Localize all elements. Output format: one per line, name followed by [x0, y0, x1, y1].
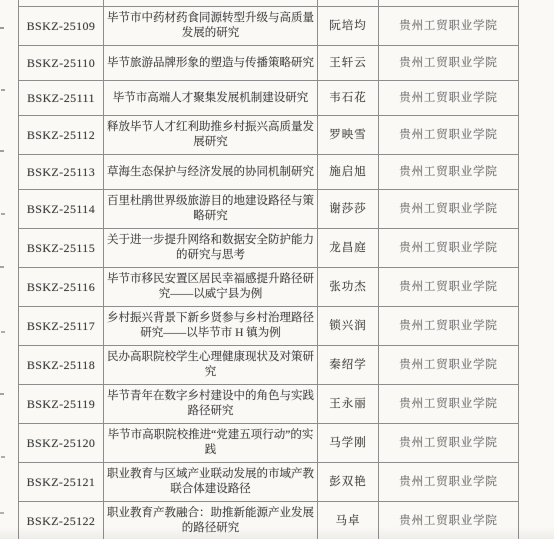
institution-cell: 贵州工贸职业学院 — [379, 268, 519, 307]
leader-name: 阮培均 — [329, 20, 367, 32]
leader-name: 王轩云 — [329, 57, 367, 69]
leader-name-cell: 阮培均 — [318, 7, 379, 46]
project-title-cell: 毕节市高端人才聚集发展机制建设研究 — [104, 81, 318, 116]
institution-cell: 贵州工贸职业学院 — [379, 424, 519, 463]
leader-name: 韦石花 — [329, 92, 367, 104]
leader-name-cell: 王永丽 — [318, 385, 379, 424]
project-code: BSKZ-25114 — [27, 202, 95, 216]
leader-name: 张功杰 — [329, 281, 367, 293]
institution: 贵州工贸职业学院 — [399, 359, 497, 371]
leader-name-cell: 罗映雪 — [318, 116, 379, 155]
project-code-cell: BSKZ-25122 — [19, 502, 104, 539]
project-code-cell: BSKZ-25109 — [19, 7, 104, 46]
project-code-cell: BSKZ-25119 — [19, 385, 104, 424]
project-title-cell: 职业教育产教融合：助推新能源产业发展的路径研究 — [104, 502, 318, 539]
project-code-cell: BSKZ-25120 — [19, 424, 104, 463]
project-code: BSKZ-25112 — [27, 128, 95, 142]
project-title: 乡村振兴背景下新乡贤参与乡村治理路径研究——以毕节市 H 镇为例 — [107, 312, 314, 339]
leader-name: 罗映雪 — [329, 129, 367, 141]
institution: 贵州工贸职业学院 — [399, 437, 497, 449]
project-title: 民办高职院校学生心理健康现状及对策研究 — [107, 351, 314, 378]
project-title: 毕节旅游品牌形象的塑造与传播策略研究 — [107, 57, 314, 69]
project-code: BSKZ-25115 — [27, 241, 95, 255]
institution: 贵州工贸职业学院 — [399, 515, 497, 527]
institution: 贵州工贸职业学院 — [399, 281, 497, 293]
projects-table-body: BSKZ-25109 毕节市中药材药食同源转型升级与高质量发展的研究 阮培均 贵… — [19, 0, 519, 539]
project-row: BSKZ-25112 释放毕节人才红利助推乡村振兴高质量发展研究 罗映雪 贵州工… — [19, 116, 519, 155]
scan-artifact-marks — [0, 0, 4, 2]
project-row: BSKZ-25113 草海生态保护与经济发展的协同机制研究 施启旭 贵州工贸职业… — [19, 155, 519, 190]
project-code: BSKZ-25119 — [27, 397, 95, 411]
project-title: 毕节青年在数字乡村建设中的角色与实践路径研究 — [107, 390, 314, 417]
leader-name-cell: 马学刚 — [318, 424, 379, 463]
project-code: BSKZ-25113 — [27, 165, 95, 179]
institution: 贵州工贸职业学院 — [399, 129, 497, 141]
project-code: BSKZ-25121 — [27, 475, 96, 489]
institution: 贵州工贸职业学院 — [399, 92, 497, 104]
leader-name: 施启旭 — [329, 166, 367, 178]
institution-cell: 贵州工贸职业学院 — [379, 190, 519, 229]
leader-name-cell: 锁兴润 — [318, 307, 379, 346]
institution: 贵州工贸职业学院 — [399, 20, 497, 32]
project-title-cell: 职业教育与区域产业联动发展的市域产教联合体建设路径 — [104, 463, 318, 502]
institution-cell: 贵州工贸职业学院 — [379, 346, 519, 385]
project-title-cell: 毕节市中药材药食同源转型升级与高质量发展的研究 — [104, 7, 318, 46]
project-title: 职业教育产教融合：助推新能源产业发展的路径研究 — [107, 507, 314, 534]
institution-cell: 贵州工贸职业学院 — [379, 116, 519, 155]
project-title: 毕节市高端人才聚集发展机制建设研究 — [113, 92, 309, 104]
project-row: BSKZ-25114 百里杜鹃世界级旅游目的地建设路径与策略研究 谢莎莎 贵州工… — [19, 190, 519, 229]
project-code-cell: BSKZ-25116 — [19, 268, 104, 307]
project-title-cell: 毕节旅游品牌形象的塑造与传播策略研究 — [104, 46, 318, 81]
institution: 贵州工贸职业学院 — [399, 476, 497, 488]
leader-name-cell: 王轩云 — [318, 46, 379, 81]
project-title-cell: 乡村振兴背景下新乡贤参与乡村治理路径研究——以毕节市 H 镇为例 — [104, 307, 318, 346]
leader-name: 马卓 — [336, 515, 361, 527]
leader-name-cell: 彭双艳 — [318, 463, 379, 502]
project-code: BSKZ-25120 — [27, 436, 96, 450]
institution-cell: 贵州工贸职业学院 — [379, 385, 519, 424]
institution-cell: 贵州工贸职业学院 — [379, 81, 519, 116]
leader-name: 锁兴润 — [329, 320, 367, 332]
project-row: BSKZ-25115 关于进一步提升网络和数据安全防护能力的研究与思考 龙昌庭 … — [19, 229, 519, 268]
project-code-cell: BSKZ-25121 — [19, 463, 104, 502]
institution-cell: 贵州工贸职业学院 — [379, 7, 519, 46]
leader-name: 马学刚 — [329, 437, 367, 449]
project-code: BSKZ-25116 — [27, 280, 95, 294]
project-code-cell: BSKZ-25115 — [19, 229, 104, 268]
institution: 贵州工贸职业学院 — [399, 242, 497, 254]
leader-name: 王永丽 — [329, 398, 367, 410]
project-code-cell: BSKZ-25114 — [19, 190, 104, 229]
project-title: 毕节市中药材药食同源转型升级与高质量发展的研究 — [107, 12, 314, 39]
project-code-cell: BSKZ-25118 — [19, 346, 104, 385]
institution-cell: 贵州工贸职业学院 — [379, 307, 519, 346]
project-row: BSKZ-25110 毕节旅游品牌形象的塑造与传播策略研究 王轩云 贵州工贸职业… — [19, 46, 519, 81]
project-row: BSKZ-25121 职业教育与区域产业联动发展的市域产教联合体建设路径 彭双艳… — [19, 463, 519, 502]
project-code-cell: BSKZ-25111 — [19, 81, 104, 116]
institution: 贵州工贸职业学院 — [399, 57, 497, 69]
institution: 贵州工贸职业学院 — [399, 203, 497, 215]
institution-cell: 贵州工贸职业学院 — [379, 229, 519, 268]
project-row: BSKZ-25109 毕节市中药材药食同源转型升级与高质量发展的研究 阮培均 贵… — [19, 7, 519, 46]
leader-name: 彭双艳 — [329, 476, 367, 488]
project-title: 释放毕节人才红利助推乡村振兴高质量发展研究 — [107, 121, 314, 148]
institution: 贵州工贸职业学院 — [399, 398, 497, 410]
leader-name: 龙昌庭 — [329, 242, 367, 254]
project-code: BSKZ-25118 — [27, 358, 95, 372]
project-title: 职业教育与区域产业联动发展的市域产教联合体建设路径 — [107, 468, 314, 495]
leader-name-cell: 秦绍学 — [318, 346, 379, 385]
project-code: BSKZ-25110 — [27, 56, 95, 70]
project-code-cell: BSKZ-25110 — [19, 46, 104, 81]
project-code-cell: BSKZ-25117 — [19, 307, 104, 346]
project-title: 关于进一步提升网络和数据安全防护能力的研究与思考 — [107, 234, 314, 261]
project-row: BSKZ-25119 毕节青年在数字乡村建设中的角色与实践路径研究 王永丽 贵州… — [19, 385, 519, 424]
scanned-document-page: BSKZ-25109 毕节市中药材药食同源转型升级与高质量发展的研究 阮培均 贵… — [0, 0, 554, 539]
project-row: BSKZ-25120 毕节市高职院校推进“党建五项行动”的实践 马学刚 贵州工贸… — [19, 424, 519, 463]
project-row: BSKZ-25118 民办高职院校学生心理健康现状及对策研究 秦绍学 贵州工贸职… — [19, 346, 519, 385]
project-code: BSKZ-25111 — [27, 91, 95, 105]
project-code-cell: BSKZ-25113 — [19, 155, 104, 190]
project-row: BSKZ-25122 职业教育产教融合：助推新能源产业发展的路径研究 马卓 贵州… — [19, 502, 519, 539]
project-title-cell: 百里杜鹃世界级旅游目的地建设路径与策略研究 — [104, 190, 318, 229]
institution-cell: 贵州工贸职业学院 — [379, 155, 519, 190]
institution-cell: 贵州工贸职业学院 — [379, 46, 519, 81]
project-title: 毕节市移民安置区居民幸福感提升路径研究——以威宁县为例 — [107, 273, 314, 300]
leader-name: 谢莎莎 — [329, 203, 367, 215]
project-title-cell: 草海生态保护与经济发展的协同机制研究 — [104, 155, 318, 190]
projects-table: BSKZ-25109 毕节市中药材药食同源转型升级与高质量发展的研究 阮培均 贵… — [18, 0, 519, 539]
institution: 贵州工贸职业学院 — [399, 320, 497, 332]
project-row: BSKZ-25117 乡村振兴背景下新乡贤参与乡村治理路径研究——以毕节市 H … — [19, 307, 519, 346]
leader-name-cell: 施启旭 — [318, 155, 379, 190]
project-code: BSKZ-25117 — [27, 319, 95, 333]
leader-name-cell: 张功杰 — [318, 268, 379, 307]
leader-name-cell: 龙昌庭 — [318, 229, 379, 268]
project-code: BSKZ-25109 — [27, 19, 96, 33]
project-title-cell: 毕节青年在数字乡村建设中的角色与实践路径研究 — [104, 385, 318, 424]
project-title: 草海生态保护与经济发展的协同机制研究 — [107, 166, 314, 178]
leader-name-cell: 马卓 — [318, 502, 379, 539]
institution: 贵州工贸职业学院 — [399, 166, 497, 178]
project-title: 百里杜鹃世界级旅游目的地建设路径与策略研究 — [107, 195, 314, 222]
project-row: BSKZ-25111 毕节市高端人才聚集发展机制建设研究 韦石花 贵州工贸职业学… — [19, 81, 519, 116]
project-title-cell: 毕节市移民安置区居民幸福感提升路径研究——以威宁县为例 — [104, 268, 318, 307]
leader-name: 秦绍学 — [329, 359, 367, 371]
project-title-cell: 释放毕节人才红利助推乡村振兴高质量发展研究 — [104, 116, 318, 155]
leader-name-cell: 谢莎莎 — [318, 190, 379, 229]
project-code: BSKZ-25122 — [27, 514, 96, 528]
institution-cell: 贵州工贸职业学院 — [379, 502, 519, 539]
institution-cell: 贵州工贸职业学院 — [379, 463, 519, 502]
project-title: 毕节市高职院校推进“党建五项行动”的实践 — [108, 429, 314, 456]
project-title-cell: 毕节市高职院校推进“党建五项行动”的实践 — [104, 424, 318, 463]
project-title-cell: 民办高职院校学生心理健康现状及对策研究 — [104, 346, 318, 385]
leader-name-cell: 韦石花 — [318, 81, 379, 116]
project-code-cell: BSKZ-25112 — [19, 116, 104, 155]
project-row: BSKZ-25116 毕节市移民安置区居民幸福感提升路径研究——以威宁县为例 张… — [19, 268, 519, 307]
project-title-cell: 关于进一步提升网络和数据安全防护能力的研究与思考 — [104, 229, 318, 268]
